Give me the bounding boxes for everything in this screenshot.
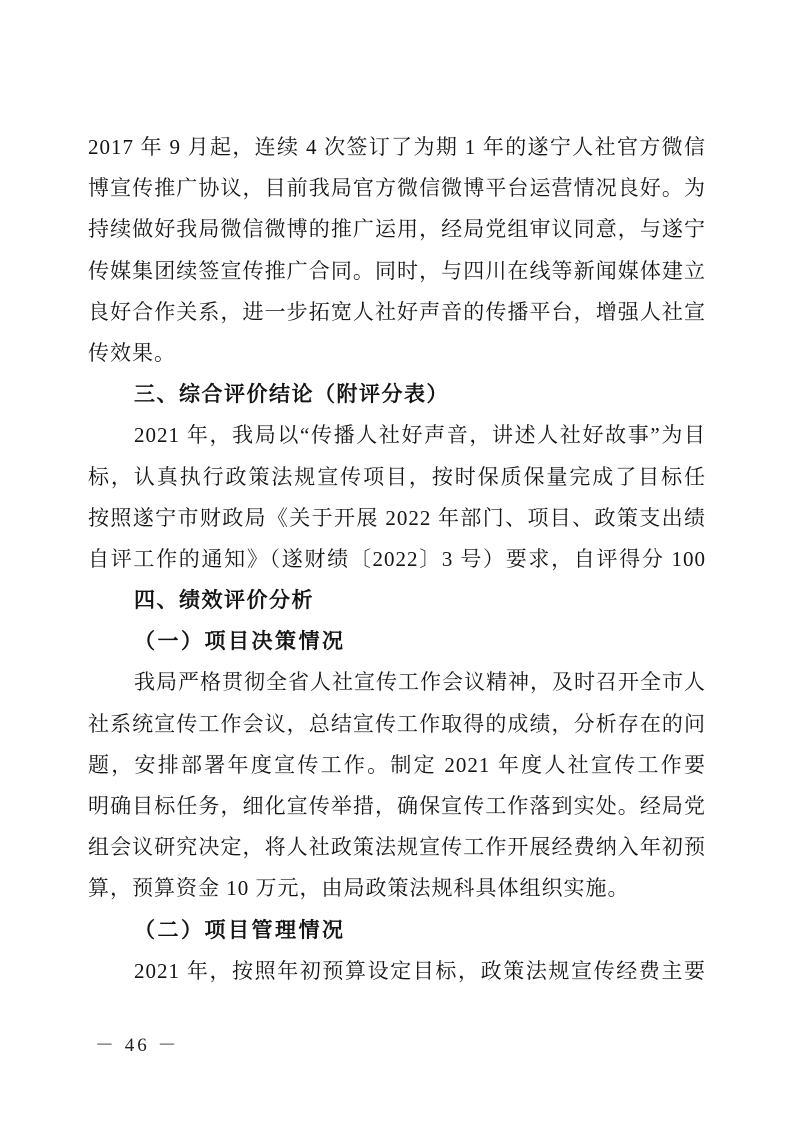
subsection-heading-1: （一）项目决策情况 [88,621,706,662]
document-line: 2021 年，我局以“传播人社好声音，讲述人社好故事”为目 [88,415,706,456]
document-line: 2021 年，按照年初预算设定目标，政策法规宣传经费主要用 [88,951,706,992]
document-line: 博宣传推广协议，目前我局官方微信微博平台运营情况良好。为 [88,168,706,209]
document-line: 2017 年 9 月起，连续 4 次签订了为期 1 年的遂宁人社官方微信微 [88,127,706,168]
document-line: 自评工作的通知》（遂财绩〔2022〕3 号）要求，自评得分 100 分。 [88,539,706,580]
document-line: 明确目标任务，细化宣传举措，确保宣传工作落到实处。经局党 [88,786,706,827]
document-line: 社系统宣传工作会议，总结宣传工作取得的成绩，分析存在的问 [88,704,706,745]
document-line: 题，安排部署年度宣传工作。制定 2021 年度人社宣传工作要点， [88,745,706,786]
document-line: 标，认真执行政策法规宣传项目，按时保质保量完成了目标任务。 [88,457,706,498]
document-line: 良好合作关系，进一步拓宽人社好声音的传播平台，增强人社宣 [88,292,706,333]
document-line: 持续做好我局微信微博的推广运用，经局党组审议同意，与遂宁 [88,209,706,250]
page-number: － 46 － [95,1026,180,1066]
document-line: 按照遂宁市财政局《关于开展 2022 年部门、项目、政策支出绩效 [88,498,706,539]
document-page: { "page": { "background_color": "#ffffff… [0,0,793,1122]
document-body: 2017 年 9 月起，连续 4 次签订了为期 1 年的遂宁人社官方微信微 博宣… [88,127,706,992]
section-heading-4: 四、绩效评价分析 [88,580,706,621]
document-line: 组会议研究决定，将人社政策法规宣传工作开展经费纳入年初预 [88,827,706,868]
subsection-heading-2: （二）项目管理情况 [88,910,706,951]
document-line: 传媒集团续签宣传推广合同。同时，与四川在线等新闻媒体建立 [88,251,706,292]
document-line: 传效果。 [88,333,706,374]
document-line: 我局严格贯彻全省人社宣传工作会议精神，及时召开全市人 [88,662,706,703]
document-line: 算，预算资金 10 万元，由局政策法规科具体组织实施。 [88,868,706,909]
section-heading-3: 三、综合评价结论（附评分表） [88,374,706,415]
